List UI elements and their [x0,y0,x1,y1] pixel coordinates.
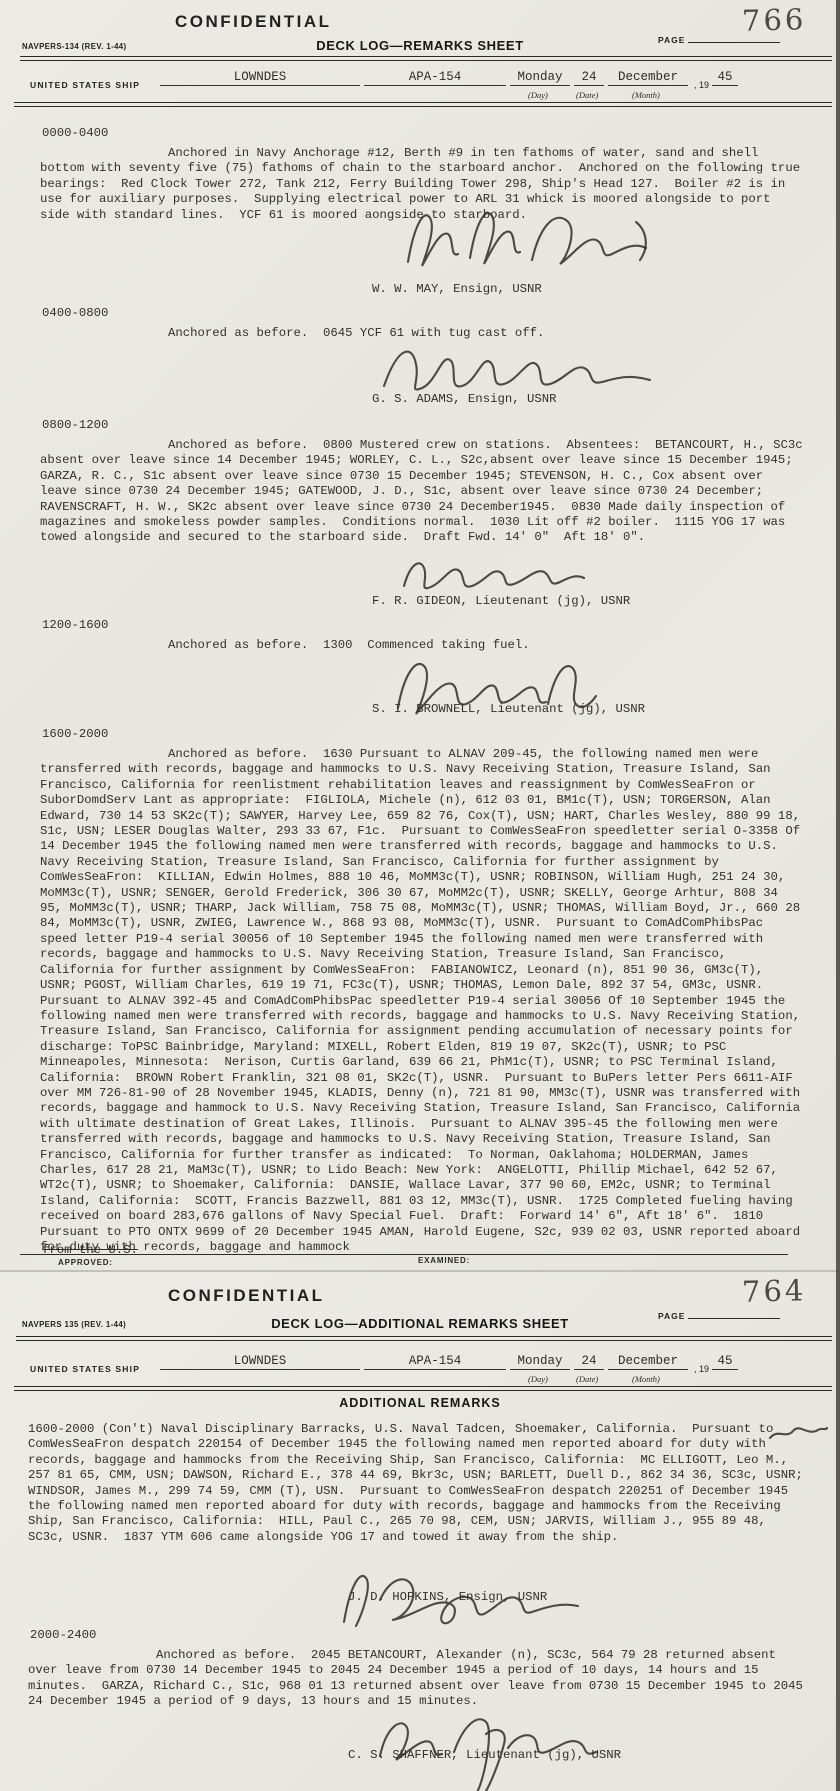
date-sublabel: (Date) [576,90,598,100]
ship-name-field: LOWNDES [160,70,360,86]
entry-time: 0800-1200 [42,418,108,433]
signature-name: W. W. MAY, Ensign, USNR [372,282,542,297]
additional-remarks-page: CONFIDENTIAL 764 PAGE NAVPERS 135 (REV. … [0,1270,840,1791]
year-prefix: , 19 [694,80,709,90]
classification-stamp: CONFIDENTIAL [175,12,332,32]
signature-w-w-may [400,196,650,281]
year-field: 45 [712,1354,738,1370]
header-rule [16,1336,832,1341]
entry-text: Anchored as before. 2045 BETANCOURT, Ale… [28,1648,804,1710]
date-field: 24 [574,1354,604,1370]
signature-name: S. I. BROWNELL, Lieutenant (jg), USNR [372,702,645,717]
classification-stamp: CONFIDENTIAL [168,1286,325,1306]
month-sublabel: (Month) [632,1374,660,1384]
entry-text: Anchored as before. 1630 Pursuant to ALN… [40,747,804,1255]
sheet-title: DECK LOG—REMARKS SHEET [0,38,840,53]
month-field: December [608,70,688,86]
pencil-check-mark [768,1424,828,1444]
signature-name: C. S. SHAFFNER, Lieutenant (jg), USNR [348,1748,621,1763]
month-field: December [608,1354,688,1370]
deck-log-document: CONFIDENTIAL 766 PAGE NAVPERS-134 (REV. … [0,0,840,1791]
signature-name: F. R. GIDEON, Lieutenant (jg), USNR [372,594,630,609]
examined-label: EXAMINED: [418,1256,470,1265]
entry-time-inline: 1600-2000 (Con't) [28,1422,153,1436]
approved-label: APPROVED: [58,1258,113,1267]
additional-remarks-title: ADDITIONAL REMARKS [0,1396,840,1410]
date-field: 24 [574,70,604,86]
ship-label: UNITED STATES SHIP [30,80,140,90]
footer-rule [20,1254,788,1255]
handwritten-page-number: 764 [742,1273,807,1309]
signature-name: J. D. HOPKINS, Ensign, USNR [348,1590,547,1605]
overflow-line: from the U.S. [42,1243,138,1258]
ship-name-field: LOWNDES [160,1354,360,1370]
entry-text-continued: 1600-2000 (Con't) Naval Disciplinary Bar… [28,1422,804,1545]
entry-time: 0000-0400 [42,126,108,141]
signature-f-r-gideon [398,548,588,594]
entry-time: 0400-0800 [42,306,108,321]
header-rule-bottom [14,1386,832,1391]
year-field: 45 [712,70,738,86]
signature-g-s-adams [378,338,658,396]
hull-number-field: APA-154 [364,1354,506,1370]
date-sublabel: (Date) [576,1374,598,1384]
entry-time: 1200-1600 [42,618,108,633]
year-prefix: , 19 [694,1364,709,1374]
weekday-field: Monday [510,1354,570,1370]
remarks-sheet-page: CONFIDENTIAL 766 PAGE NAVPERS-134 (REV. … [0,0,840,1270]
entry-text: Naval Disciplinary Barracks, U.S. Naval … [28,1422,810,1544]
header-rule [20,56,832,61]
weekday-field: Monday [510,70,570,86]
weekday-sublabel: (Day) [528,90,548,100]
entry-time: 1600-2000 [42,727,108,742]
entry-time: 2000-2400 [30,1628,96,1643]
ship-label: UNITED STATES SHIP [30,1364,140,1374]
scan-binding-edge [836,0,840,1791]
month-sublabel: (Month) [632,90,660,100]
weekday-sublabel: (Day) [528,1374,548,1384]
entry-text: Anchored as before. 0800 Mustered crew o… [40,438,804,546]
header-rule-bottom [14,102,832,107]
sheet-title: DECK LOG—ADDITIONAL REMARKS SHEET [0,1316,840,1331]
hull-number-field: APA-154 [364,70,506,86]
signature-name: G. S. ADAMS, Ensign, USNR [372,392,556,407]
